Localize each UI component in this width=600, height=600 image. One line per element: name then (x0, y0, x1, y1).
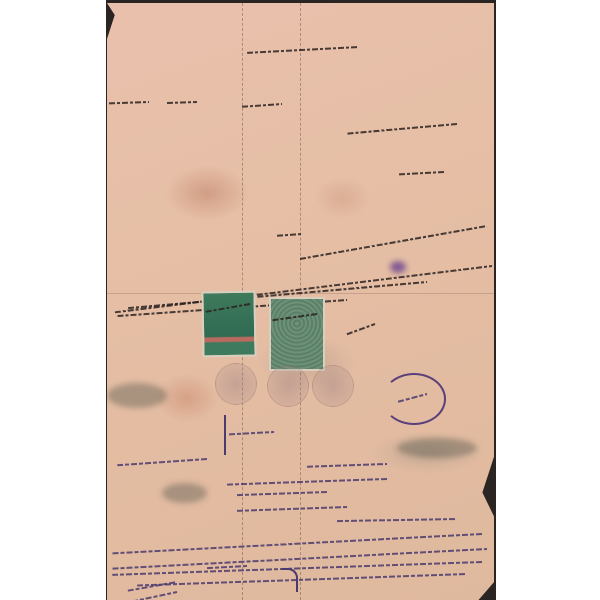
seal-impression (267, 365, 309, 407)
revenue-stamp (269, 297, 325, 371)
bottom-text-line (137, 573, 467, 587)
body-line (300, 225, 487, 260)
column-heading (167, 101, 197, 104)
footer-note (237, 491, 327, 496)
ink-smudge (162, 483, 207, 503)
signature (118, 591, 177, 600)
header-text (247, 46, 359, 54)
purple-vertical-stroke (224, 415, 226, 455)
ink-smudge (397, 438, 477, 458)
footer-note (117, 458, 207, 466)
bottom-text-line (337, 518, 457, 522)
signature (128, 581, 178, 592)
body-line (277, 233, 302, 237)
signature-stroke (346, 323, 375, 335)
column-heading (347, 123, 457, 135)
date-mark (282, 568, 298, 592)
ink-smudge (107, 383, 167, 408)
column-heading (242, 103, 282, 108)
seal-impression (215, 363, 257, 405)
footer-note (307, 463, 387, 468)
purple-ink-blot (390, 261, 406, 273)
revenue-stamp (201, 291, 256, 358)
purple-note (229, 431, 274, 435)
column-heading (109, 101, 149, 104)
footer-note (227, 478, 387, 486)
seal-impression (312, 365, 354, 407)
document-paper: Handwritten Ottoman Turkish document wit… (107, 3, 494, 600)
address-line (399, 171, 444, 175)
footer-note (237, 506, 347, 512)
circled-annotation (382, 373, 446, 425)
